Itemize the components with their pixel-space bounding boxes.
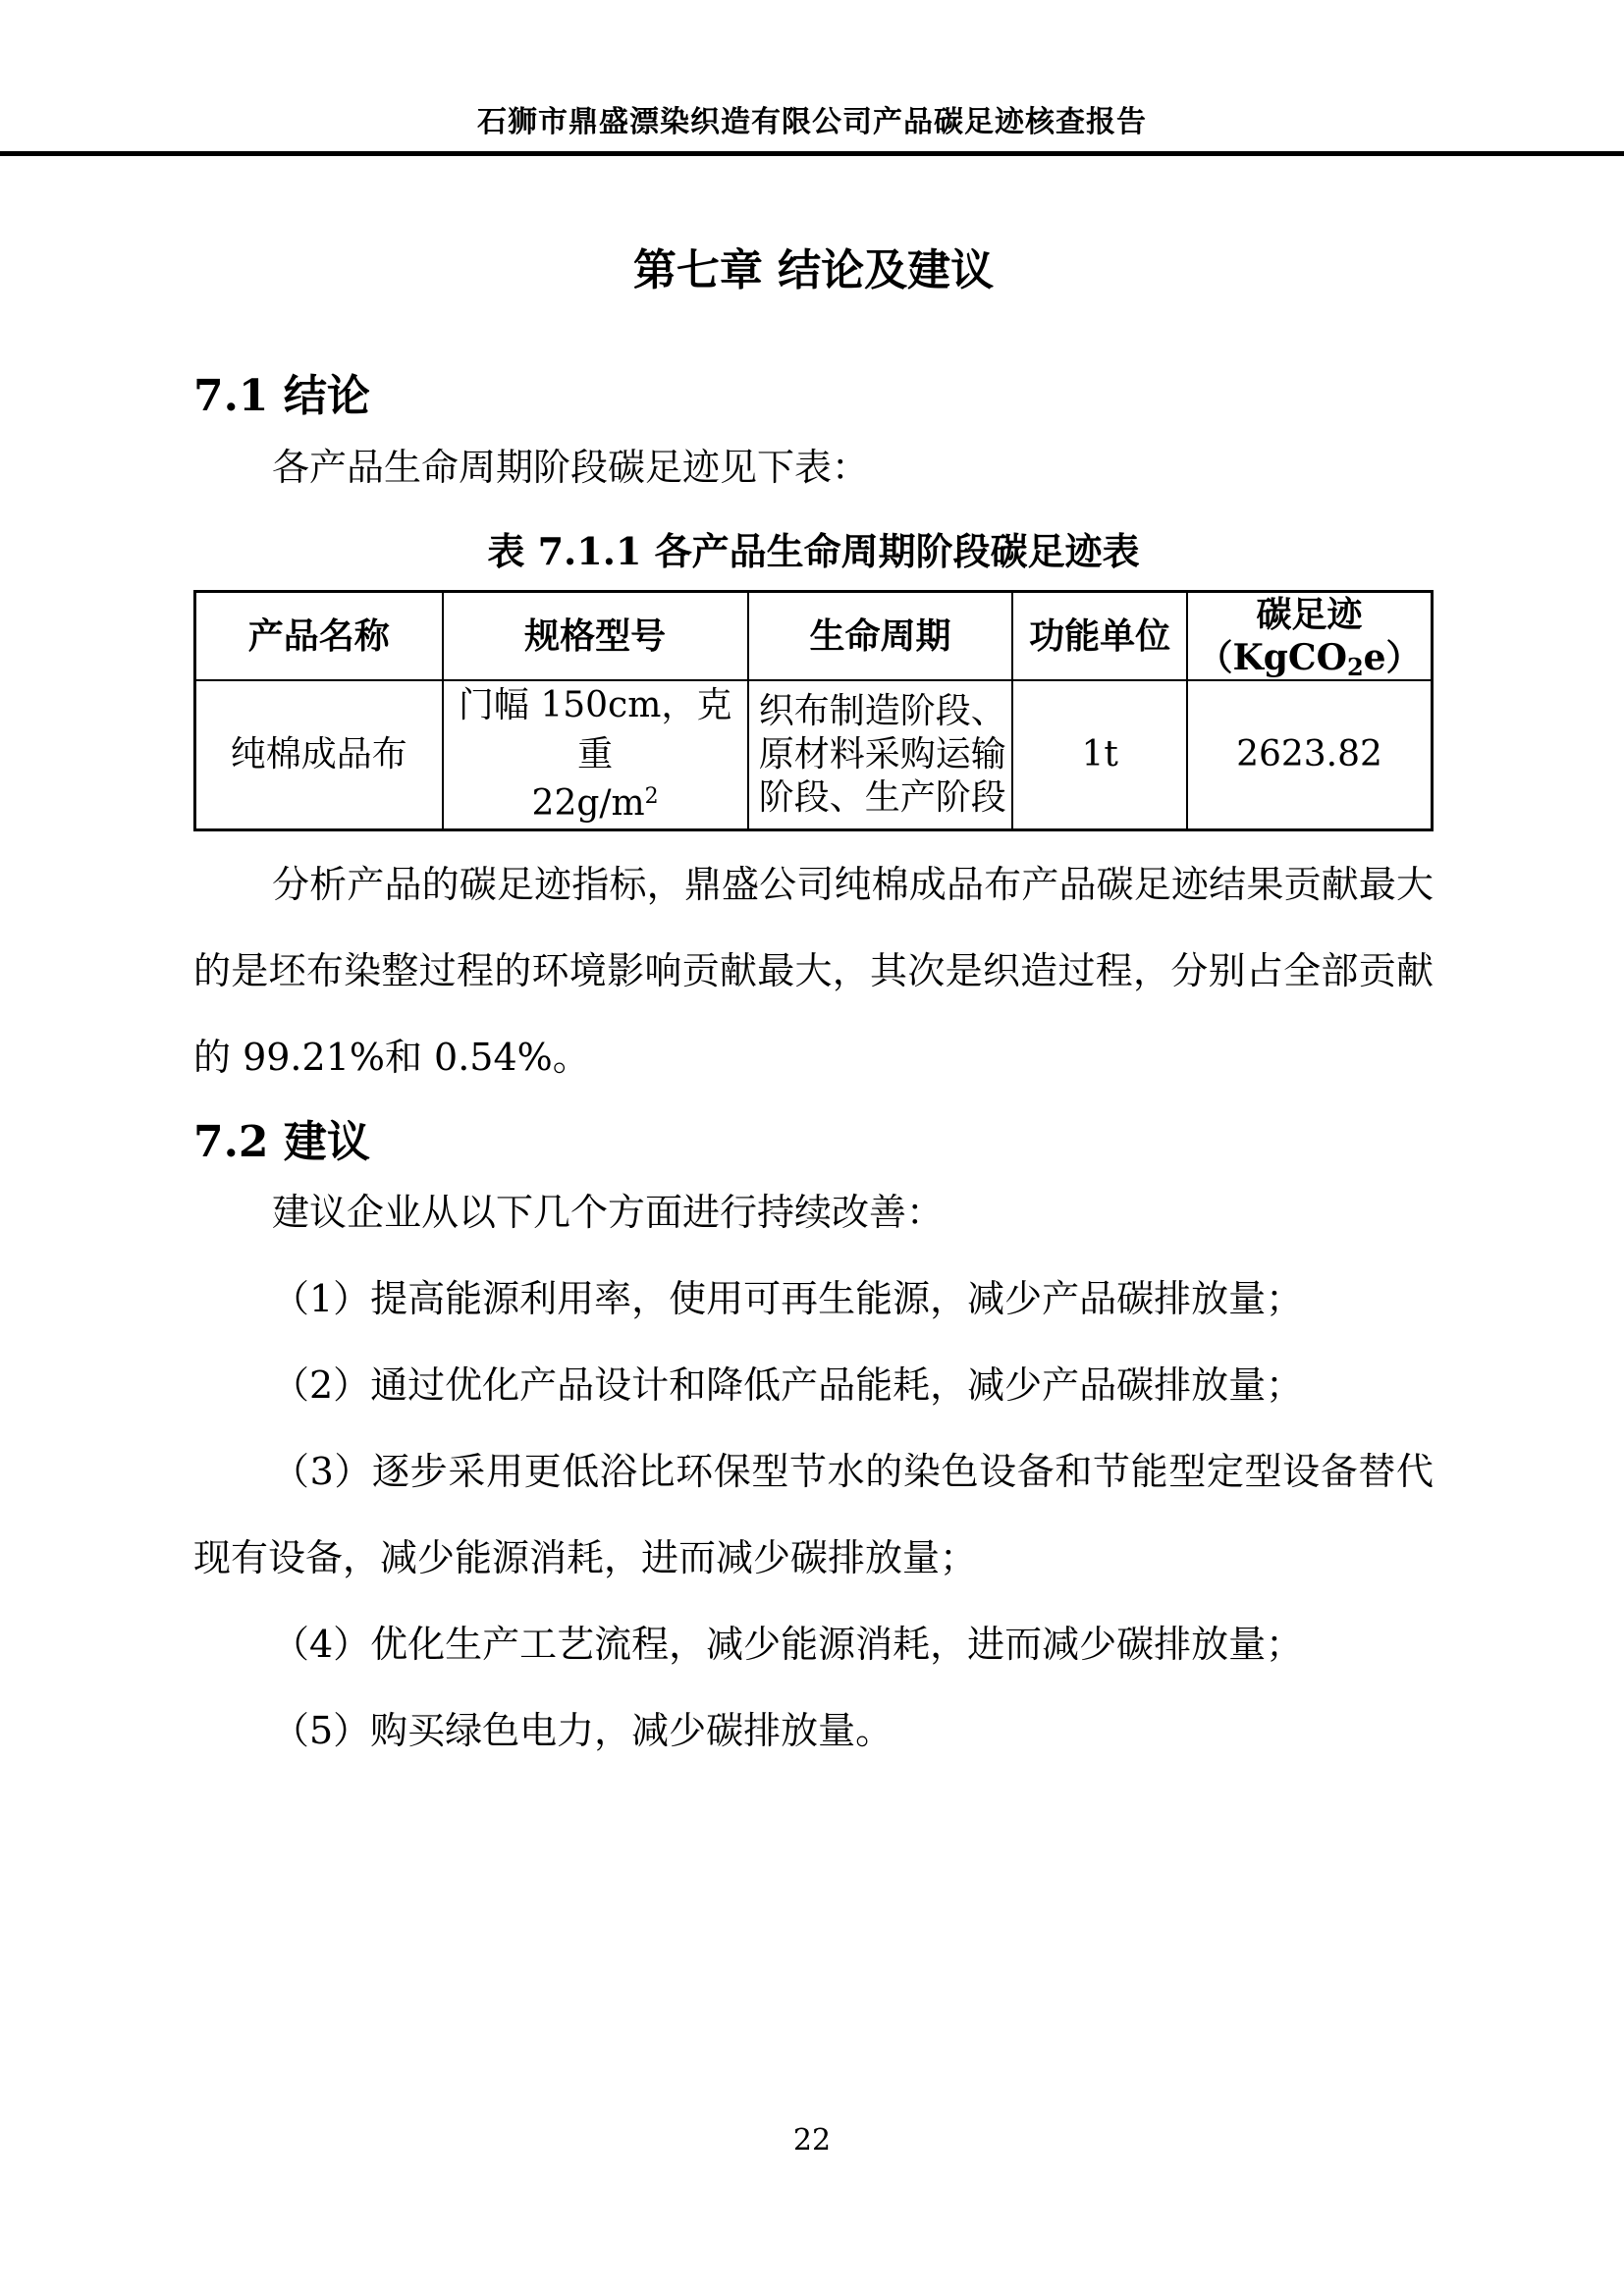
suggestion-item-1: （1）提高能源利用率，使用可再生能源，减少产品碳排放量； xyxy=(193,1255,1434,1342)
header-spec-model: 规格型号 xyxy=(443,592,748,681)
header-carbon-footprint-line1: 碳足迹 xyxy=(1188,593,1431,636)
document-page: 石狮市鼎盛漂染织造有限公司产品碳足迹核查报告 第七章 结论及建议 7.1 结论 … xyxy=(0,0,1624,2296)
cell-functional-unit: 1t xyxy=(1012,680,1187,830)
page-number: 22 xyxy=(0,2122,1624,2160)
page-content: 第七章 结论及建议 7.1 结论 各产品生命周期阶段碳足迹见下表： 表 7.1.… xyxy=(193,244,1434,1774)
cell-lifecycle: 织布制造阶段、 原材料采购运输 阶段、生产阶段 xyxy=(748,680,1013,830)
header-rule xyxy=(0,151,1624,156)
analysis-paragraph: 分析产品的碳足迹指标，鼎盛公司纯棉成品布产品碳足迹结果贡献最大的是坯布染整过程的… xyxy=(193,841,1434,1100)
spec-line2: 22g/m2 xyxy=(444,779,747,828)
spec-gram-weight: 22g/m xyxy=(532,783,645,824)
running-header: 石狮市鼎盛漂染织造有限公司产品碳足迹核查报告 xyxy=(0,0,1624,141)
lifecycle-line1: 织布制造阶段、 xyxy=(759,690,1008,733)
lifecycle-line2: 原材料采购运输 xyxy=(759,733,1008,776)
carbon-footprint-table: 产品名称 规格型号 生命周期 功能单位 碳足迹 （KgCO2e） 纯棉成品布 门… xyxy=(193,590,1434,831)
footprint-unit-pre: （KgCO xyxy=(1197,637,1346,678)
cell-product-name: 纯棉成品布 xyxy=(195,680,443,830)
section-7-2-intro: 建议企业从以下几个方面进行持续改善： xyxy=(193,1169,1434,1255)
lifecycle-line3: 阶段、生产阶段 xyxy=(759,776,1008,820)
suggestion-item-2: （2）通过优化产品设计和降低产品能耗，减少产品碳排放量； xyxy=(193,1342,1434,1428)
header-lifecycle: 生命周期 xyxy=(748,592,1013,681)
table-row: 纯棉成品布 门幅 150cm，克重 22g/m2 织布制造阶段、 原材料采购运输… xyxy=(195,680,1433,830)
suggestion-item-5: （5）购买绿色电力，减少碳排放量。 xyxy=(193,1687,1434,1774)
section-7-2-heading: 7.2 建议 xyxy=(193,1116,1434,1169)
suggestion-item-3: （3）逐步采用更低浴比环保型节水的染色设备和节能型定型设备替代现有设备，减少能源… xyxy=(193,1428,1434,1601)
footprint-unit-sub: 2 xyxy=(1347,653,1364,681)
cell-carbon-footprint-value: 2623.82 xyxy=(1187,680,1433,830)
cell-spec-model: 门幅 150cm，克重 22g/m2 xyxy=(443,680,748,830)
header-carbon-footprint-line2: （KgCO2e） xyxy=(1188,636,1431,679)
spec-superscript: 2 xyxy=(645,784,659,809)
section-7-1-intro: 各产品生命周期阶段碳足迹见下表： xyxy=(193,437,1434,498)
header-functional-unit: 功能单位 xyxy=(1012,592,1187,681)
chapter-title: 第七章 结论及建议 xyxy=(193,244,1434,297)
table-caption: 表 7.1.1 各产品生命周期阶段碳足迹表 xyxy=(193,527,1434,576)
header-carbon-footprint: 碳足迹 （KgCO2e） xyxy=(1187,592,1433,681)
section-7-1-heading: 7.1 结论 xyxy=(193,370,1434,423)
footprint-unit-post: e） xyxy=(1364,637,1422,678)
header-product-name: 产品名称 xyxy=(195,592,443,681)
table-header-row: 产品名称 规格型号 生命周期 功能单位 碳足迹 （KgCO2e） xyxy=(195,592,1433,681)
suggestion-item-4: （4）优化生产工艺流程，减少能源消耗，进而减少碳排放量； xyxy=(193,1601,1434,1687)
spec-line1: 门幅 150cm，克重 xyxy=(444,681,747,779)
